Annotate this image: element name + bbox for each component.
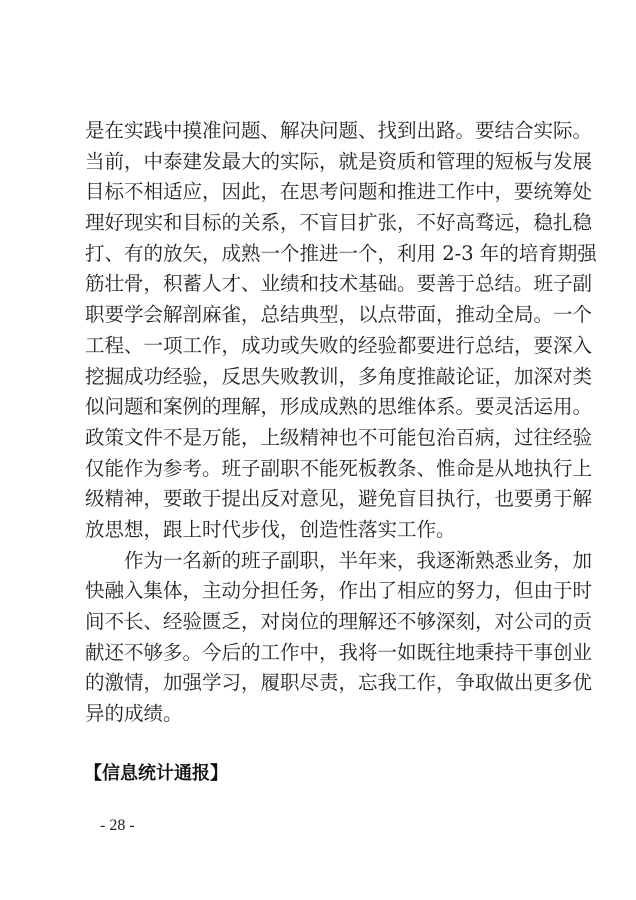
text-line: 职要学会解剖麻雀，总结典型，以点带面，推动全局。一个 [85, 300, 555, 331]
text-line: 级精神，要敢于提出反对意见，避免盲目执行，也要勇于解 [85, 484, 555, 515]
text-line: 目标不相适应，因此，在思考问题和推进工作中，要统筹处 [85, 177, 555, 208]
document-page: 是在实践中摸准问题、解决问题、找到出路。要结合实际。 当前，中泰建发最大的实际，… [0, 0, 636, 900]
text-line: 是在实践中摸准问题、解决问题、找到出路。要结合实际。 [85, 116, 555, 147]
text-line: 挖掘成功经验，反思失败教训，多角度推敲论证，加深对类 [85, 362, 555, 393]
text-line: 似问题和案例的理解，形成成熟的思维体系。要灵活运用。 [85, 392, 555, 423]
text-line: 快融入集体，主动分担任务，作出了相应的努力，但由于时 [85, 576, 555, 607]
text-line: 工程、一项工作，成功或失败的经验都要进行总结，要深入 [85, 331, 555, 362]
body-text: 是在实践中摸准问题、解决问题、找到出路。要结合实际。 当前，中泰建发最大的实际，… [85, 116, 555, 730]
text-line: 的激情，加强学习，履职尽责，忘我工作，争取做出更多优 [85, 668, 555, 699]
text-line: 理好现实和目标的关系，不盲目扩张，不好高骛远，稳扎稳 [85, 208, 555, 239]
page-number: - 28 - [100, 817, 135, 835]
text-line: 当前，中泰建发最大的实际，就是资质和管理的短板与发展 [85, 147, 555, 178]
text-line: 放思想，跟上时代步伐，创造性落实工作。 [85, 515, 555, 546]
text-line: 打、有的放矢，成熟一个推进一个，利用 2-3 年的培育期强 [85, 239, 555, 270]
section-heading: 【信息统计通报】 [84, 759, 228, 785]
text-line: 异的成绩。 [85, 699, 555, 730]
text-line: 献还不够多。今后的工作中，我将一如既往地秉持干事创业 [85, 638, 555, 669]
text-line: 作为一名新的班子副职，半年来，我逐渐熟悉业务，加 [85, 546, 555, 577]
text-line: 政策文件不是万能，上级精神也不可能包治百病，过往经验 [85, 423, 555, 454]
text-line: 间不长、经验匮乏，对岗位的理解还不够深刻，对公司的贡 [85, 607, 555, 638]
text-line: 筋壮骨，积蓄人才、业绩和技术基础。要善于总结。班子副 [85, 269, 555, 300]
text-line: 仅能作为参考。班子副职不能死板教条、惟命是从地执行上 [85, 454, 555, 485]
